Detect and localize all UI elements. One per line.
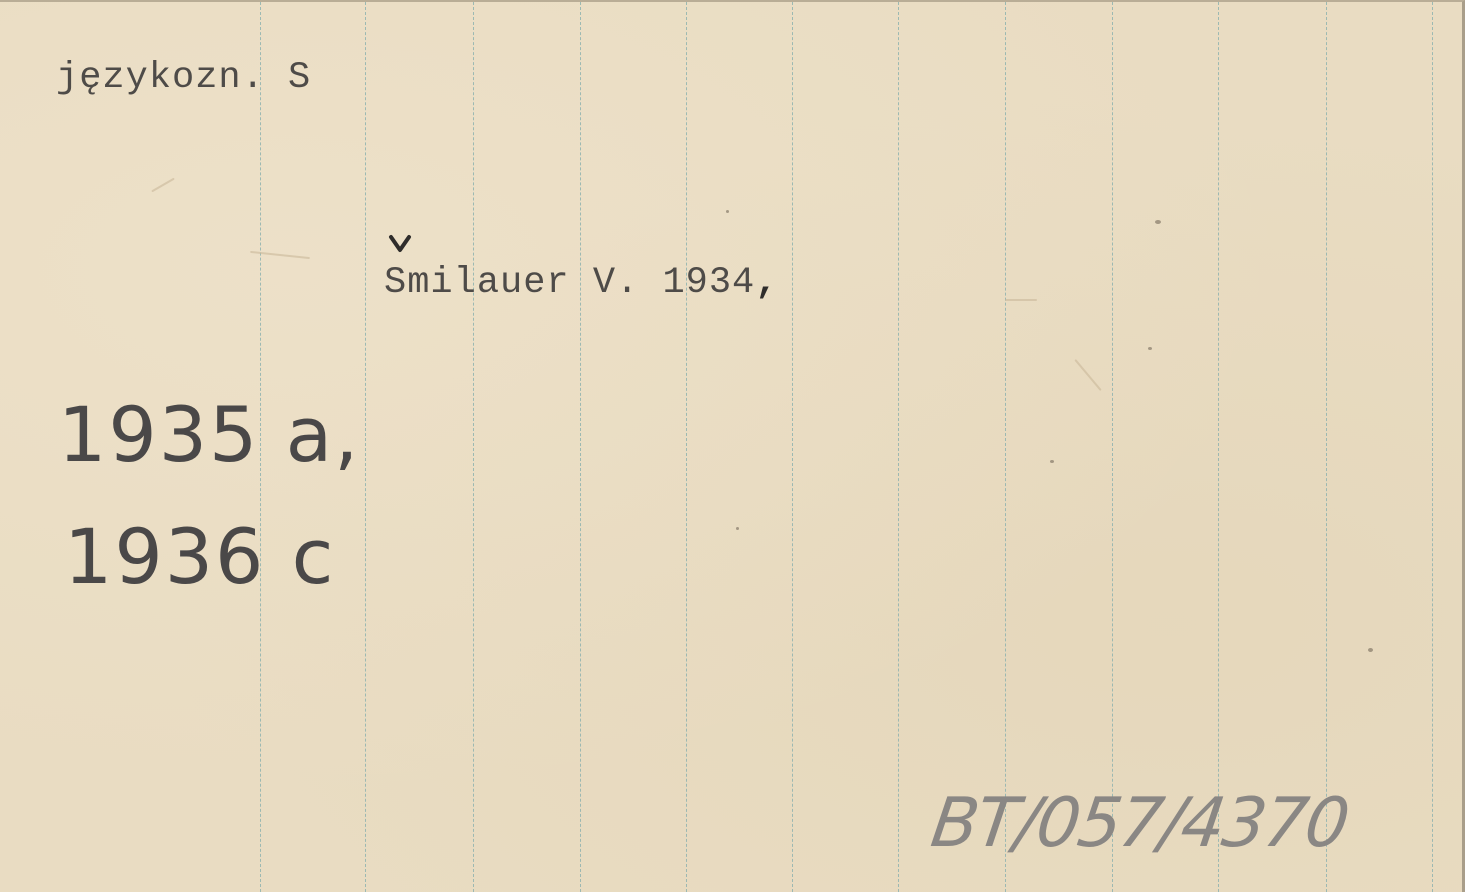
ruling-line	[898, 2, 899, 892]
ruling-line	[792, 2, 793, 892]
main-entry-text: Smilauer V. 1934	[384, 262, 755, 304]
paper-speck	[1050, 460, 1054, 463]
ruling-line	[1432, 2, 1433, 892]
paper-fiber	[1005, 299, 1037, 301]
index-card: językozn. S Smilauer V. 1934, 1935 a, 19…	[0, 0, 1465, 892]
handwritten-entry: 1935 a,	[58, 390, 360, 479]
paper-speck	[736, 527, 739, 530]
handwritten-entry: 1936 c	[64, 512, 335, 601]
main-entry-comma: ,	[755, 262, 778, 304]
category-heading: językozn. S	[56, 57, 311, 99]
paper-speck	[1155, 220, 1161, 224]
paper-fiber	[1074, 359, 1101, 391]
main-entry: Smilauer V. 1934,	[384, 262, 778, 304]
ruling-line	[1005, 2, 1006, 892]
ruling-line	[1218, 2, 1219, 892]
ruling-line	[686, 2, 687, 892]
ruling-line	[580, 2, 581, 892]
catalog-number: BT/057/4370	[926, 784, 1352, 863]
ruling-line	[473, 2, 474, 892]
paper-speck	[1368, 648, 1373, 652]
ruling-line	[1326, 2, 1327, 892]
paper-speck	[726, 210, 729, 213]
paper-fiber	[151, 178, 175, 193]
ruling-line	[365, 2, 366, 892]
caron-diacritic-icon	[388, 234, 412, 254]
paper-speck	[1148, 347, 1152, 350]
ruling-line	[1112, 2, 1113, 892]
